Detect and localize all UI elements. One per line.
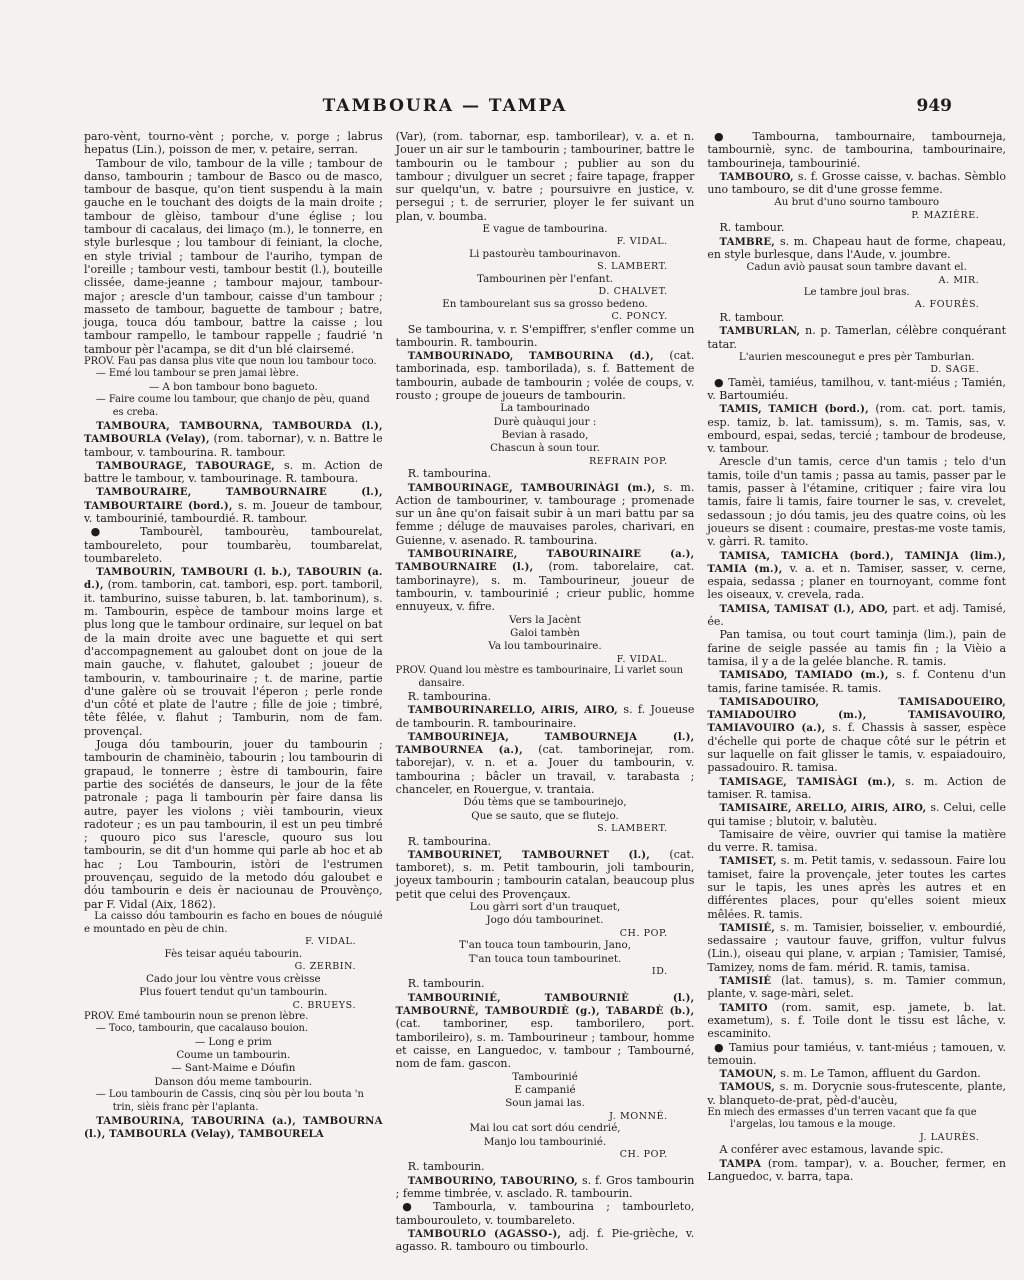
entry-paragraph: TAMBOURINIÉ, TAMBOURNIÈ (l.), TAMBOURNÈ,… [396, 991, 695, 1071]
attribution: J. MONNÉ. [396, 1111, 695, 1122]
variant-note: ● Tamèi, tamiéus, tamilhou, v. tant-miéu… [707, 376, 1006, 403]
proverb: — Faire coume lou tambour, que chanjo de… [84, 394, 383, 419]
page-title: TAMBOURA — TAMPA [323, 96, 568, 116]
entry-headword: TAMISIÉ, [719, 922, 780, 934]
attribution: D. CHALVET. [396, 286, 695, 297]
entry-paragraph: TAMBOURINET, TAMBOURNET (l.), (cat. tamb… [396, 848, 695, 901]
variant-note: ● Tamius pour tamiéus, v. tant-miéus ; t… [707, 1041, 1006, 1068]
verse-quote: Mai lou cat sort dóu cendrié, Manjo lou … [396, 1122, 695, 1149]
verse-quote: Le tambre joul bras. [707, 286, 1006, 299]
verse-quote: Cado jour lou vèntre vous crèisse Plus f… [84, 973, 383, 1000]
attribution: S. LAMBERT. [396, 823, 695, 834]
entry-headword: TAMBOURIN, TAMBOURI (l. b.), TABOURIN (a… [84, 566, 383, 591]
entry-headword: TAMISADO, TAMIADO (m.), [719, 669, 896, 681]
entry-paragraph: TAMISADO, TAMIADO (m.), s. f. Contenu d'… [707, 668, 1006, 695]
verse-quote: Tambourinié E campanié Soun jamai las. [396, 1071, 695, 1111]
page-header: TAMBOURA — TAMPA 949 [84, 96, 1006, 116]
entry-headword: TAMISIÉ [719, 975, 781, 987]
entry-headword: TAMISA, TAMISAT (l.), ADO, [719, 603, 892, 615]
verse-quote: Fès teisar aquéu tabourin. [84, 948, 383, 961]
paragraph: Tamisaire de vèire, ouvrier qui tamise l… [707, 828, 1006, 855]
verse-quote: Lou gàrri sort d'un trauquet, Jogo dóu t… [396, 901, 695, 928]
verse-quote: Au brut d'uno sourno tambouro [707, 196, 1006, 209]
verse-quote: E vague de tambourina. [396, 223, 695, 236]
entry-paragraph: TAMISAGE, TAMISÀGI (m.), s. m. Action de… [707, 775, 1006, 802]
page-number: 949 [647, 96, 966, 116]
proverb: — Emé lou tambour se pren jamai lèbre. [84, 368, 383, 380]
verse-quote: T'an touca toun tambourin, Jano, T'an to… [396, 939, 695, 966]
variant-note: ● Tambourna, tambournaire, tambourneja, … [707, 130, 1006, 170]
variant-note: ● Tambourèl, tambourèu, tambourelat, tam… [84, 525, 383, 565]
entry-paragraph: TAMIS, TAMICH (bord.), (rom. cat. port. … [707, 402, 1006, 455]
entry-paragraph: TAMBOURINARELLO, AIRIS, AIRO, s. f. Joue… [396, 703, 695, 730]
entry-headword: TAMBURLAN, [719, 325, 805, 337]
entry-paragraph: TAMISIÉ (lat. tamus), s. m. Tamier commu… [707, 974, 1006, 1001]
entry-paragraph: TAMISAIRE, ARELLO, AIRIS, AIRO, s. Celui… [707, 801, 1006, 828]
entry-paragraph: TAMISA, TAMISAT (l.), ADO, part. et adj.… [707, 602, 1006, 629]
entry-paragraph: TAMBOURAGE, TABOURAGE, s. m. Action de b… [84, 459, 383, 486]
dictionary-page: TAMBOURA — TAMPA 949 paro-vènt, tourno-v… [0, 0, 1024, 1280]
column-2: (Var), (rom. tabornar, esp. tamborilear)… [396, 130, 695, 1253]
paragraph: Se tambourina, v. r. S'empiffrer, s'enfl… [396, 323, 695, 350]
attribution: C. BRUEYS. [84, 1000, 383, 1011]
paragraph: Jouga dóu tambourin, jouer du tambourin … [84, 738, 383, 911]
paragraph: R. tambour. [707, 221, 1006, 234]
entry-paragraph: TAMITO (rom. samit, esp. jamete, b. lat.… [707, 1001, 1006, 1041]
attribution: G. ZERBIN. [84, 961, 383, 972]
verse-quote: — Long e prim Coume un tambourin. [84, 1036, 383, 1063]
paragraph: Arescle d'un tamis, cerce d'un tamis ; t… [707, 455, 1006, 548]
attribution: CH. POP. [396, 1149, 695, 1160]
proverb: PROV. Quand lou mèstre es tambourinaire,… [396, 665, 695, 690]
paragraph: A conférer avec estamous, lavande spic. [707, 1143, 1006, 1156]
continuation-paragraph: paro-vènt, tourno-vènt ; porche, v. porg… [84, 130, 383, 157]
entry-headword: TAMBOURO, [719, 171, 797, 183]
entry-paragraph: TAMBOURA, TAMBOURNA, TAMBOURDA (l.), TAM… [84, 419, 383, 459]
entry-paragraph: TAMOUS, s. m. Dorycnie sous-frutescente,… [707, 1080, 1006, 1107]
verse-quote: — A bon tambour bono bagueto. [84, 381, 383, 394]
entry-headword: TAMITO [719, 1002, 781, 1014]
entry-paragraph: TAMPA (rom. tampar), v. a. Boucher, ferm… [707, 1157, 1006, 1184]
entry-headword: TAMBOURAGE, TABOURAGE, [96, 460, 284, 472]
entry-paragraph: TAMBOURO, s. f. Grosse caisse, v. bachas… [707, 170, 1006, 197]
entry-headword: TAMBOURINA, TABOURINA (a.), TAMBOURNA (l… [84, 1115, 383, 1140]
verse-quote: Cadun aviò pausat soun tambre davant el. [707, 261, 1006, 274]
entry-paragraph: TAMBOURINAGE, TAMBOURINÀGI (m.), s. m. A… [396, 481, 695, 547]
verse-quote: Tambourinen pèr l'enfant. [396, 273, 695, 286]
paragraph: R. tambour. [707, 311, 1006, 324]
proverb: En miech des ermasses d'un terren vacant… [707, 1107, 1006, 1132]
entry-headword: TAMBOURINO, TABOURINO, [408, 1175, 582, 1187]
entry-paragraph: TAMBOURINAIRE, TABOURINAIRE (a.), TAMBOU… [396, 547, 695, 613]
attribution: D. SAGE. [707, 364, 1006, 375]
proverb: PROV. Fau pas dansa plus vite que noun l… [84, 356, 383, 368]
citation: La caisso dóu tambourin es facho en boue… [84, 911, 383, 937]
proverb: — Lou tambourin de Cassis, cinq sòu pèr … [84, 1089, 383, 1114]
entry-headword: TAMBOURINIÉ, TAMBOURNIÈ (l.), TAMBOURNÈ,… [396, 992, 695, 1017]
continuation-paragraph: (Var), (rom. tabornar, esp. tamborilear)… [396, 130, 695, 223]
text-columns: paro-vènt, tourno-vènt ; porche, v. porg… [84, 130, 1006, 1253]
verse-quote: Vers la Jacènt Galoi tambèn Va lou tambo… [396, 614, 695, 654]
attribution: F. VIDAL. [396, 654, 695, 665]
entry-headword: TAMBOURINADO, TAMBOURINA (d.), [408, 350, 670, 362]
entry-headword: TAMBOURINEJA, TAMBOURNEJA (l.), TAMBOURN… [396, 731, 695, 756]
entry-headword: TAMBOURINET, TAMBOURNET (l.), [408, 849, 670, 861]
entry-paragraph: TAMBOURAIRE, TAMBOURNAIRE (l.), TAMBOURT… [84, 485, 383, 525]
entry-headword: TAMPA [719, 1158, 767, 1170]
entry-paragraph: TAMBOURINEJA, TAMBOURNEJA (l.), TAMBOURN… [396, 730, 695, 796]
entry-paragraph: TAMBOURINA, TABOURINA (a.), TAMBOURNA (l… [84, 1114, 383, 1141]
attribution: C. PONCY. [396, 311, 695, 322]
proverb: — Toco, tambourin, que cacalauso bouion. [84, 1023, 383, 1035]
attribution: REFRAIN POP. [396, 456, 695, 467]
entry-paragraph: TAMISIÉ, s. m. Tamisier, boisselier, v. … [707, 921, 1006, 974]
attribution: ID. [396, 966, 695, 977]
attribution: CH. POP. [396, 928, 695, 939]
paragraph: R. tambourina. [396, 835, 695, 848]
paragraph: R. tambourina. [396, 690, 695, 703]
column-3: ● Tambourna, tambournaire, tambourneja, … [707, 130, 1006, 1253]
entry-paragraph: TAMISADOUIRO, TAMISADOUEIRO, TAMIADOUIRO… [707, 695, 1006, 775]
attribution: P. MAZIÈRE. [707, 210, 1006, 221]
verse-quote: Li pastourèu tambourinavon. [396, 248, 695, 261]
entry-headword: TAMBRE, [719, 236, 780, 248]
entry-headword: TAMOUN, [719, 1068, 780, 1080]
entry-paragraph: TAMBURLAN, n. p. Tamerlan, célèbre conqu… [707, 324, 1006, 351]
entry-headword: TAMBOURLO (AGASSO-), [408, 1228, 569, 1240]
attribution: J. LAURÈS. [707, 1132, 1006, 1143]
entry-headword: TAMBOURA, TAMBOURNA, TAMBOURDA (l.), TAM… [84, 420, 383, 445]
attribution: S. LAMBERT. [396, 261, 695, 272]
attribution: A. MIR. [707, 275, 1006, 286]
entry-headword: TAMOUS, [719, 1081, 779, 1093]
entry-headword: TAMBOURINAGE, TAMBOURINÀGI (m.), [408, 482, 664, 494]
entry-headword: TAMISAIRE, ARELLO, AIRIS, AIRO, [719, 802, 930, 814]
verse-quote: En tambourelant sus sa grosso bedeno. [396, 298, 695, 311]
entry-headword: TAMBOURAIRE, TAMBOURNAIRE (l.), TAMBOURT… [84, 486, 383, 511]
attribution: F. VIDAL. [396, 236, 695, 247]
entry-paragraph: TAMOUN, s. m. Le Tamon, affluent du Gard… [707, 1067, 1006, 1080]
entry-paragraph: TAMBOURIN, TAMBOURI (l. b.), TABOURIN (a… [84, 565, 383, 738]
proverb: PROV. Emé tambourin noun se prenon lèbre… [84, 1011, 383, 1023]
paragraph: R. tambourin. [396, 1160, 695, 1173]
column-1: paro-vènt, tourno-vènt ; porche, v. porg… [84, 130, 383, 1253]
entry-paragraph: TAMBOURINO, TABOURINO, s. f. Gros tambou… [396, 1174, 695, 1201]
verse-quote: L'aurien mescounegut e pres pèr Tamburla… [707, 351, 1006, 364]
entry-headword: TAMIS, TAMICH (bord.), [719, 403, 875, 415]
entry-headword: TAMISADOUIRO, TAMISADOUEIRO, TAMIADOUIRO… [707, 696, 1006, 735]
paragraph: R. tambourina. [396, 467, 695, 480]
verse-quote: — Sant-Maime e Dóufin Danson dóu meme ta… [84, 1062, 383, 1089]
attribution: A. FOURÈS. [707, 299, 1006, 310]
entry-paragraph: TAMBRE, s. m. Chapeau haut de forme, cha… [707, 235, 1006, 262]
entry-headword: TAMISA, TAMICHA (bord.), TAMINJA (lim.),… [707, 550, 1006, 575]
entry-headword: TAMISAGE, TAMISÀGI (m.), [719, 776, 905, 788]
entry-paragraph: TAMISET, s. m. Petit tamis, v. sedassoun… [707, 854, 1006, 920]
verse-quote: Dóu tèms que se tambourinejo, Que se sau… [396, 796, 695, 823]
attribution: F. VIDAL. [84, 936, 383, 947]
verse-quote: La tambourinado Durè quàuqui jour : Bevi… [396, 402, 695, 456]
paragraph: Pan tamisa, ou tout court taminja (lim.)… [707, 628, 1006, 668]
entry-headword: TAMISET, [719, 855, 780, 867]
entry-headword: TAMBOURINAIRE, TABOURINAIRE (a.), TAMBOU… [396, 548, 695, 573]
entry-headword: TAMBOURINARELLO, AIRIS, AIRO, [408, 704, 624, 716]
entry-paragraph: TAMISA, TAMICHA (bord.), TAMINJA (lim.),… [707, 549, 1006, 602]
entry-paragraph: TAMBOURLO (AGASSO-), adj. f. Pie-grièche… [396, 1227, 695, 1254]
paragraph: R. tambourin. [396, 977, 695, 990]
variant-note: ● Tambourla, v. tambourina ; tambourleto… [396, 1200, 695, 1227]
entry-paragraph: TAMBOURINADO, TAMBOURINA (d.), (cat. tam… [396, 349, 695, 402]
paragraph: Tambour de vilo, tambour de la ville ; t… [84, 157, 383, 356]
